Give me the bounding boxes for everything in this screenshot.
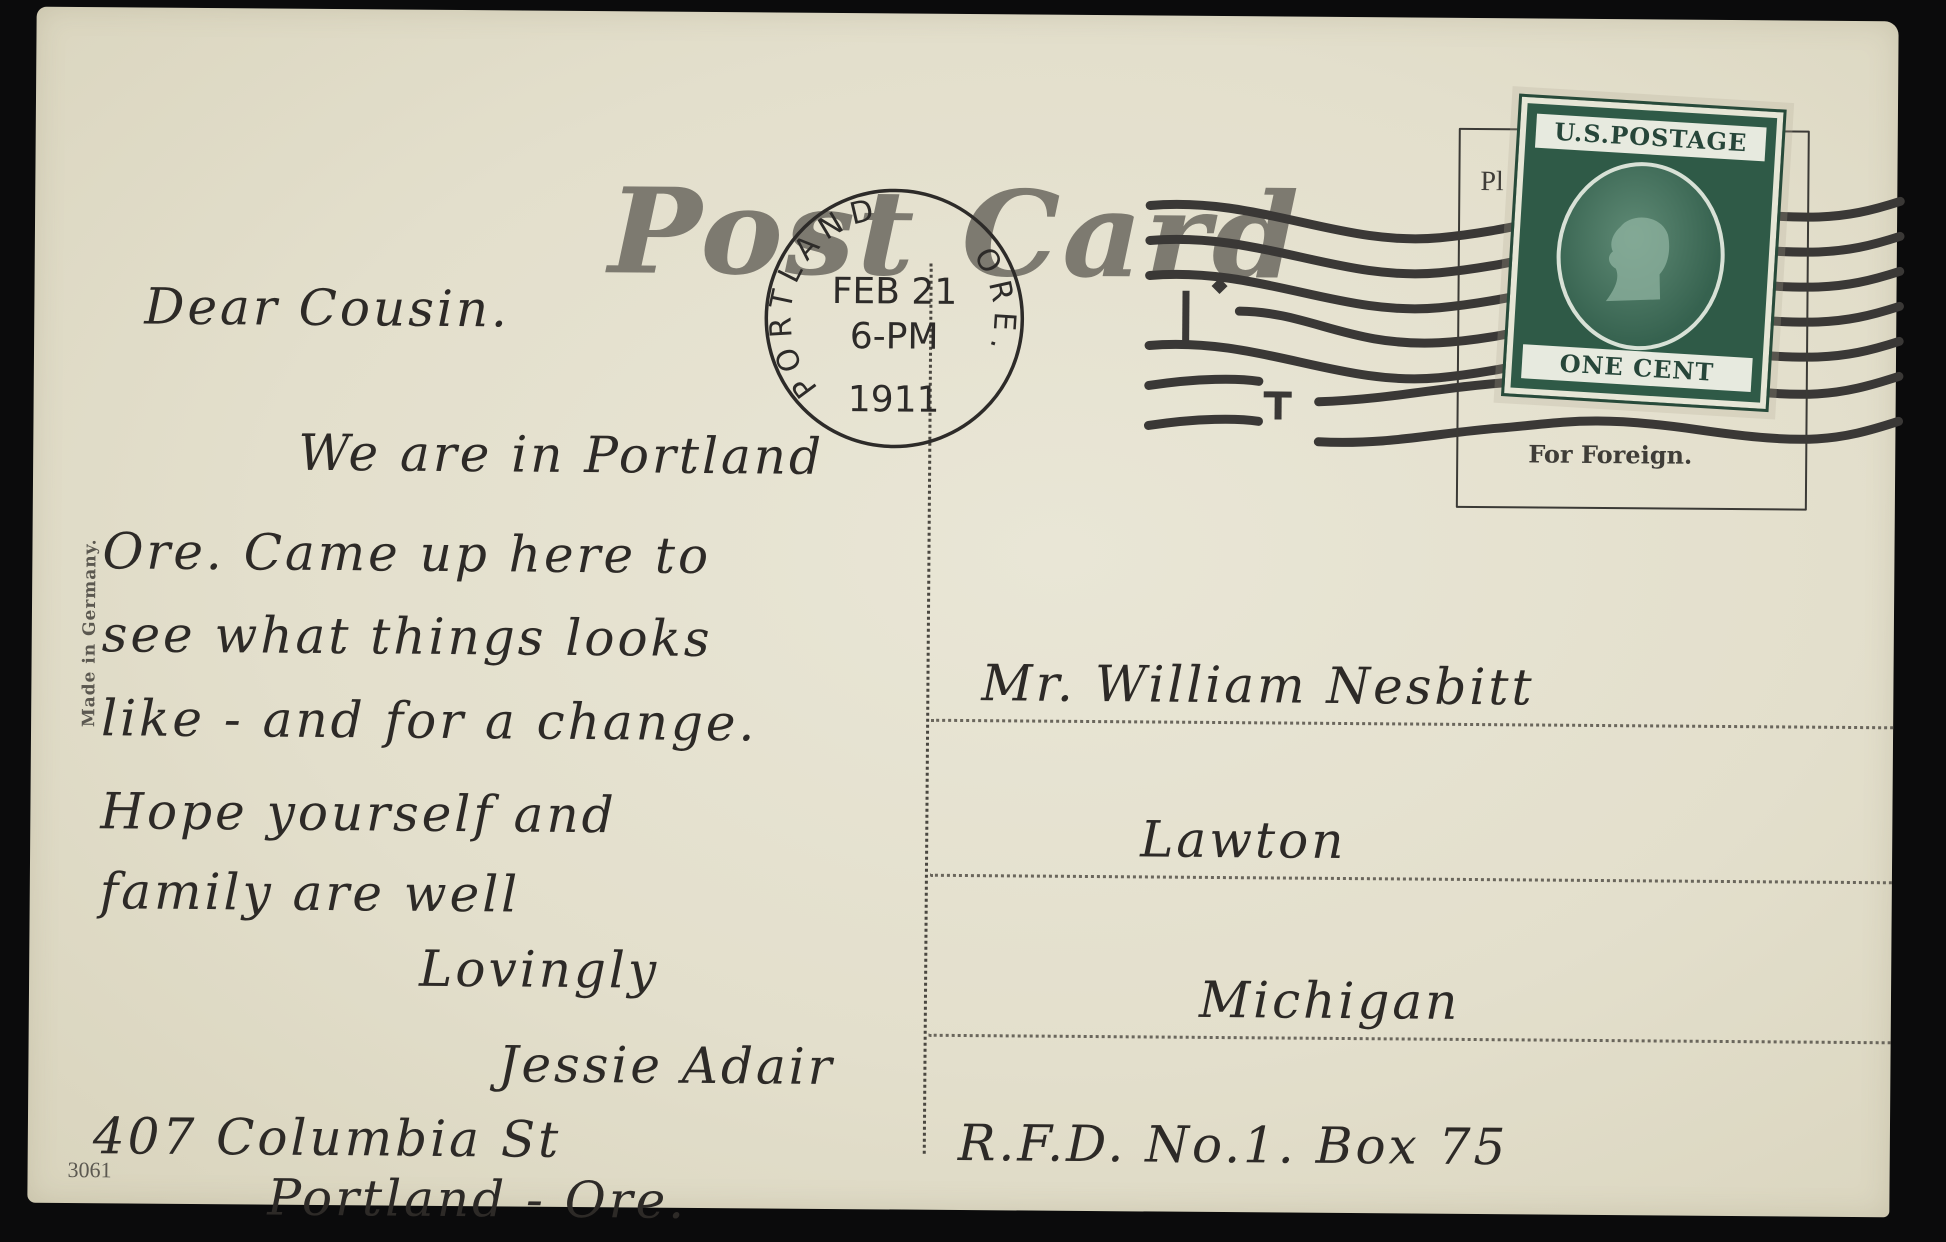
return-address-line: 407 Columbia St [93,1107,562,1169]
message-line: Ore. Came up here to [102,522,711,585]
message-line: We are in Portland [298,424,824,486]
postmark-year: 1911 [848,379,940,421]
message-line: see what things looks [102,605,713,668]
recipient-city: Lawton [1140,810,1347,870]
postage-stamp: U.S.POSTAGE ONE CENT [1504,97,1783,409]
return-address-line: Portland - Ore. [267,1169,687,1230]
made-in-label: Made in Germany. [79,538,100,727]
recipient-route: R.F.D. No.1. Box 75 [958,1114,1509,1176]
stamp-bottom-label: ONE CENT [1521,344,1753,392]
postmark-state: ORE. [966,242,1023,363]
for-foreign-label: For Foreign. [1528,439,1692,469]
closing: Lovingly [419,940,659,1000]
address-line-rule [930,874,1892,885]
postcard: Post Card Made in Germany. 3061 Dear Cou… [27,7,1898,1218]
address-line-rule [929,1034,1891,1045]
recipient-name: Mr. William Nesbitt [981,654,1535,716]
salutation: Dear Cousin. [144,278,510,339]
portrait-icon [1596,206,1682,311]
svg-text:ORE.: ORE. [966,242,1023,363]
address-line-rule [931,719,1893,730]
postmark-date: FEB 21 [832,271,958,313]
message-line: family are well [100,862,521,923]
message-line: like - and for a change. [101,689,758,752]
recipient-state: Michigan [1199,971,1461,1031]
signature: Jessie Adair [498,1035,835,1096]
postmark: PORTLAND ORE. FEB 21 6-PM 1911 [758,182,1030,454]
postmark-time: 6-PM [850,316,939,358]
stamp-top-label: U.S.POSTAGE [1535,114,1767,162]
stamp-box-label: Pl [1480,166,1504,198]
stamp-portrait-frame [1551,157,1730,355]
message-line: Hope yourself and [100,782,617,844]
